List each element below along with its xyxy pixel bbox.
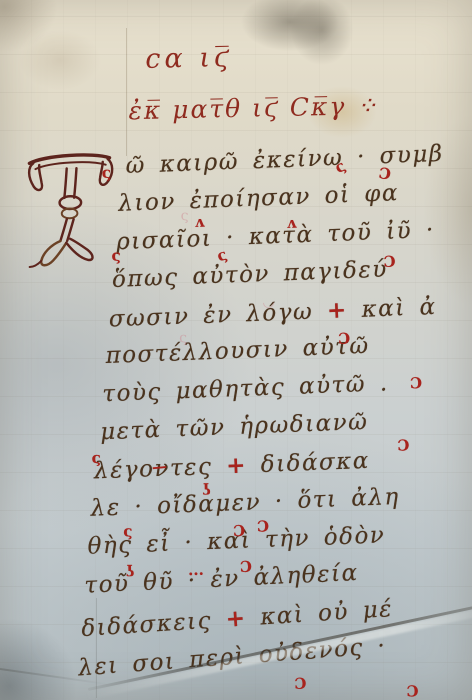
line-text: διδάσκα [246,448,370,479]
neume-mark: ς [111,248,120,263]
neume-mark: ʌ [287,216,297,231]
red-cross-mark: + [225,604,247,632]
neume-mark: Ɔ [240,560,252,575]
text-block: ῶ καιρῶ ἐκείνω · συμβλιον ἐποίησαν οἱ φα… [0,0,466,5]
neume-layer: ςƆςʌʌςςƆƆƆƆς—ʖςƆƆʖ···ƆƆƆ [0,0,466,5]
lection-number: ϲα ιϛ̅ [145,42,233,75]
faded-neume-mark: ς [179,331,187,345]
line-text: ρισαῖοι · κατὰ τοῦ ἰῦ · [116,217,436,255]
line-text: ποστέλλουσιν αὐτῶ [105,333,370,369]
red-cross-mark: + [226,452,248,480]
line-text: μετὰ τῶν ἡρωδιανῶ [100,409,369,445]
neume-mark: ʖ [126,564,135,579]
text-line: λέγοντες + διδάσκα [93,447,370,485]
neume-mark: Ɔ [257,519,269,534]
neume-mark: ς [123,524,132,539]
decorated-initial-tau-icon [25,139,116,281]
neume-mark: Ɔ [410,376,422,391]
neume-mark: ··· [188,567,204,582]
neume-mark: Ɔ [338,332,350,347]
neume-mark: Ɔ [384,255,396,270]
manuscript-page: ϲα ιϛ̅ ἐκ̅ ματ̅θ ιϛ̅ Ϲκ̅γ ⁘ ῶ καιρῶ ἐκεί… [0,0,472,700]
line-text: λε · οἴδαμεν · ὅτι ἀλη [90,484,400,522]
text-line: ρισαῖοι · κατὰ τοῦ ἰῦ · [116,217,436,255]
neume-mark: Ɔ [378,166,392,183]
line-text: ῶ καιρῶ ἐκείνω · συμβ [125,141,444,179]
text-line: μετὰ τῶν ἡρωδιανῶ [100,409,369,445]
neume-mark: — [151,459,167,475]
faded-marks-layer: ς◡ς [0,0,466,5]
line-text: καὶ ἀ [347,294,437,323]
text-line: λιον ἐποίησαν οἱ φα [118,180,399,217]
text-line: ῶ καιρῶ ἐκείνω · συμβ [125,141,444,179]
faded-neume-mark: ◡ [262,295,275,309]
rubric-title: ἐκ̅ ματ̅θ ιϛ̅ Ϲκ̅γ ⁘ [128,91,379,125]
line-text: ὅπως αὐτὸν παγιδεύ [111,256,388,293]
neume-mark: ʌ [195,215,205,230]
line-text: διδάσκεις [81,607,227,642]
neume-mark: ς [102,166,111,181]
neume-mark: ς [92,451,101,466]
neume-mark: Ɔ [294,677,306,692]
line-text: τοὺς μαθητὰς αὐτῶ . [102,370,389,407]
text-line: ποστέλλουσιν αὐτῶ [105,333,370,369]
text-line: λε · οἴδαμεν · ὅτι ἀλη [90,484,400,522]
page-content: ϲα ιϛ̅ ἐκ̅ ματ̅θ ιϛ̅ Ϲκ̅γ ⁘ ῶ καιρῶ ἐκεί… [0,0,472,700]
faded-neume-mark: ς [181,209,189,223]
text-line: τοὺς μαθητὰς αὐτῶ . [102,370,389,407]
line-text: καὶ οὐ μέ [246,596,394,631]
neume-mark: Ɔ [397,438,409,453]
line-text: σωσιν ἐν λόγω [108,298,327,332]
text-line: ὅπως αὐτὸν παγιδεύ [111,256,388,293]
red-cross-mark: + [326,296,348,324]
line-text: λιον ἐποίησαν οἱ φα [118,180,399,217]
neume-mark: Ɔ [407,684,419,699]
neume-mark: ʖ [202,483,211,498]
neume-mark: Ɔ [233,524,245,539]
